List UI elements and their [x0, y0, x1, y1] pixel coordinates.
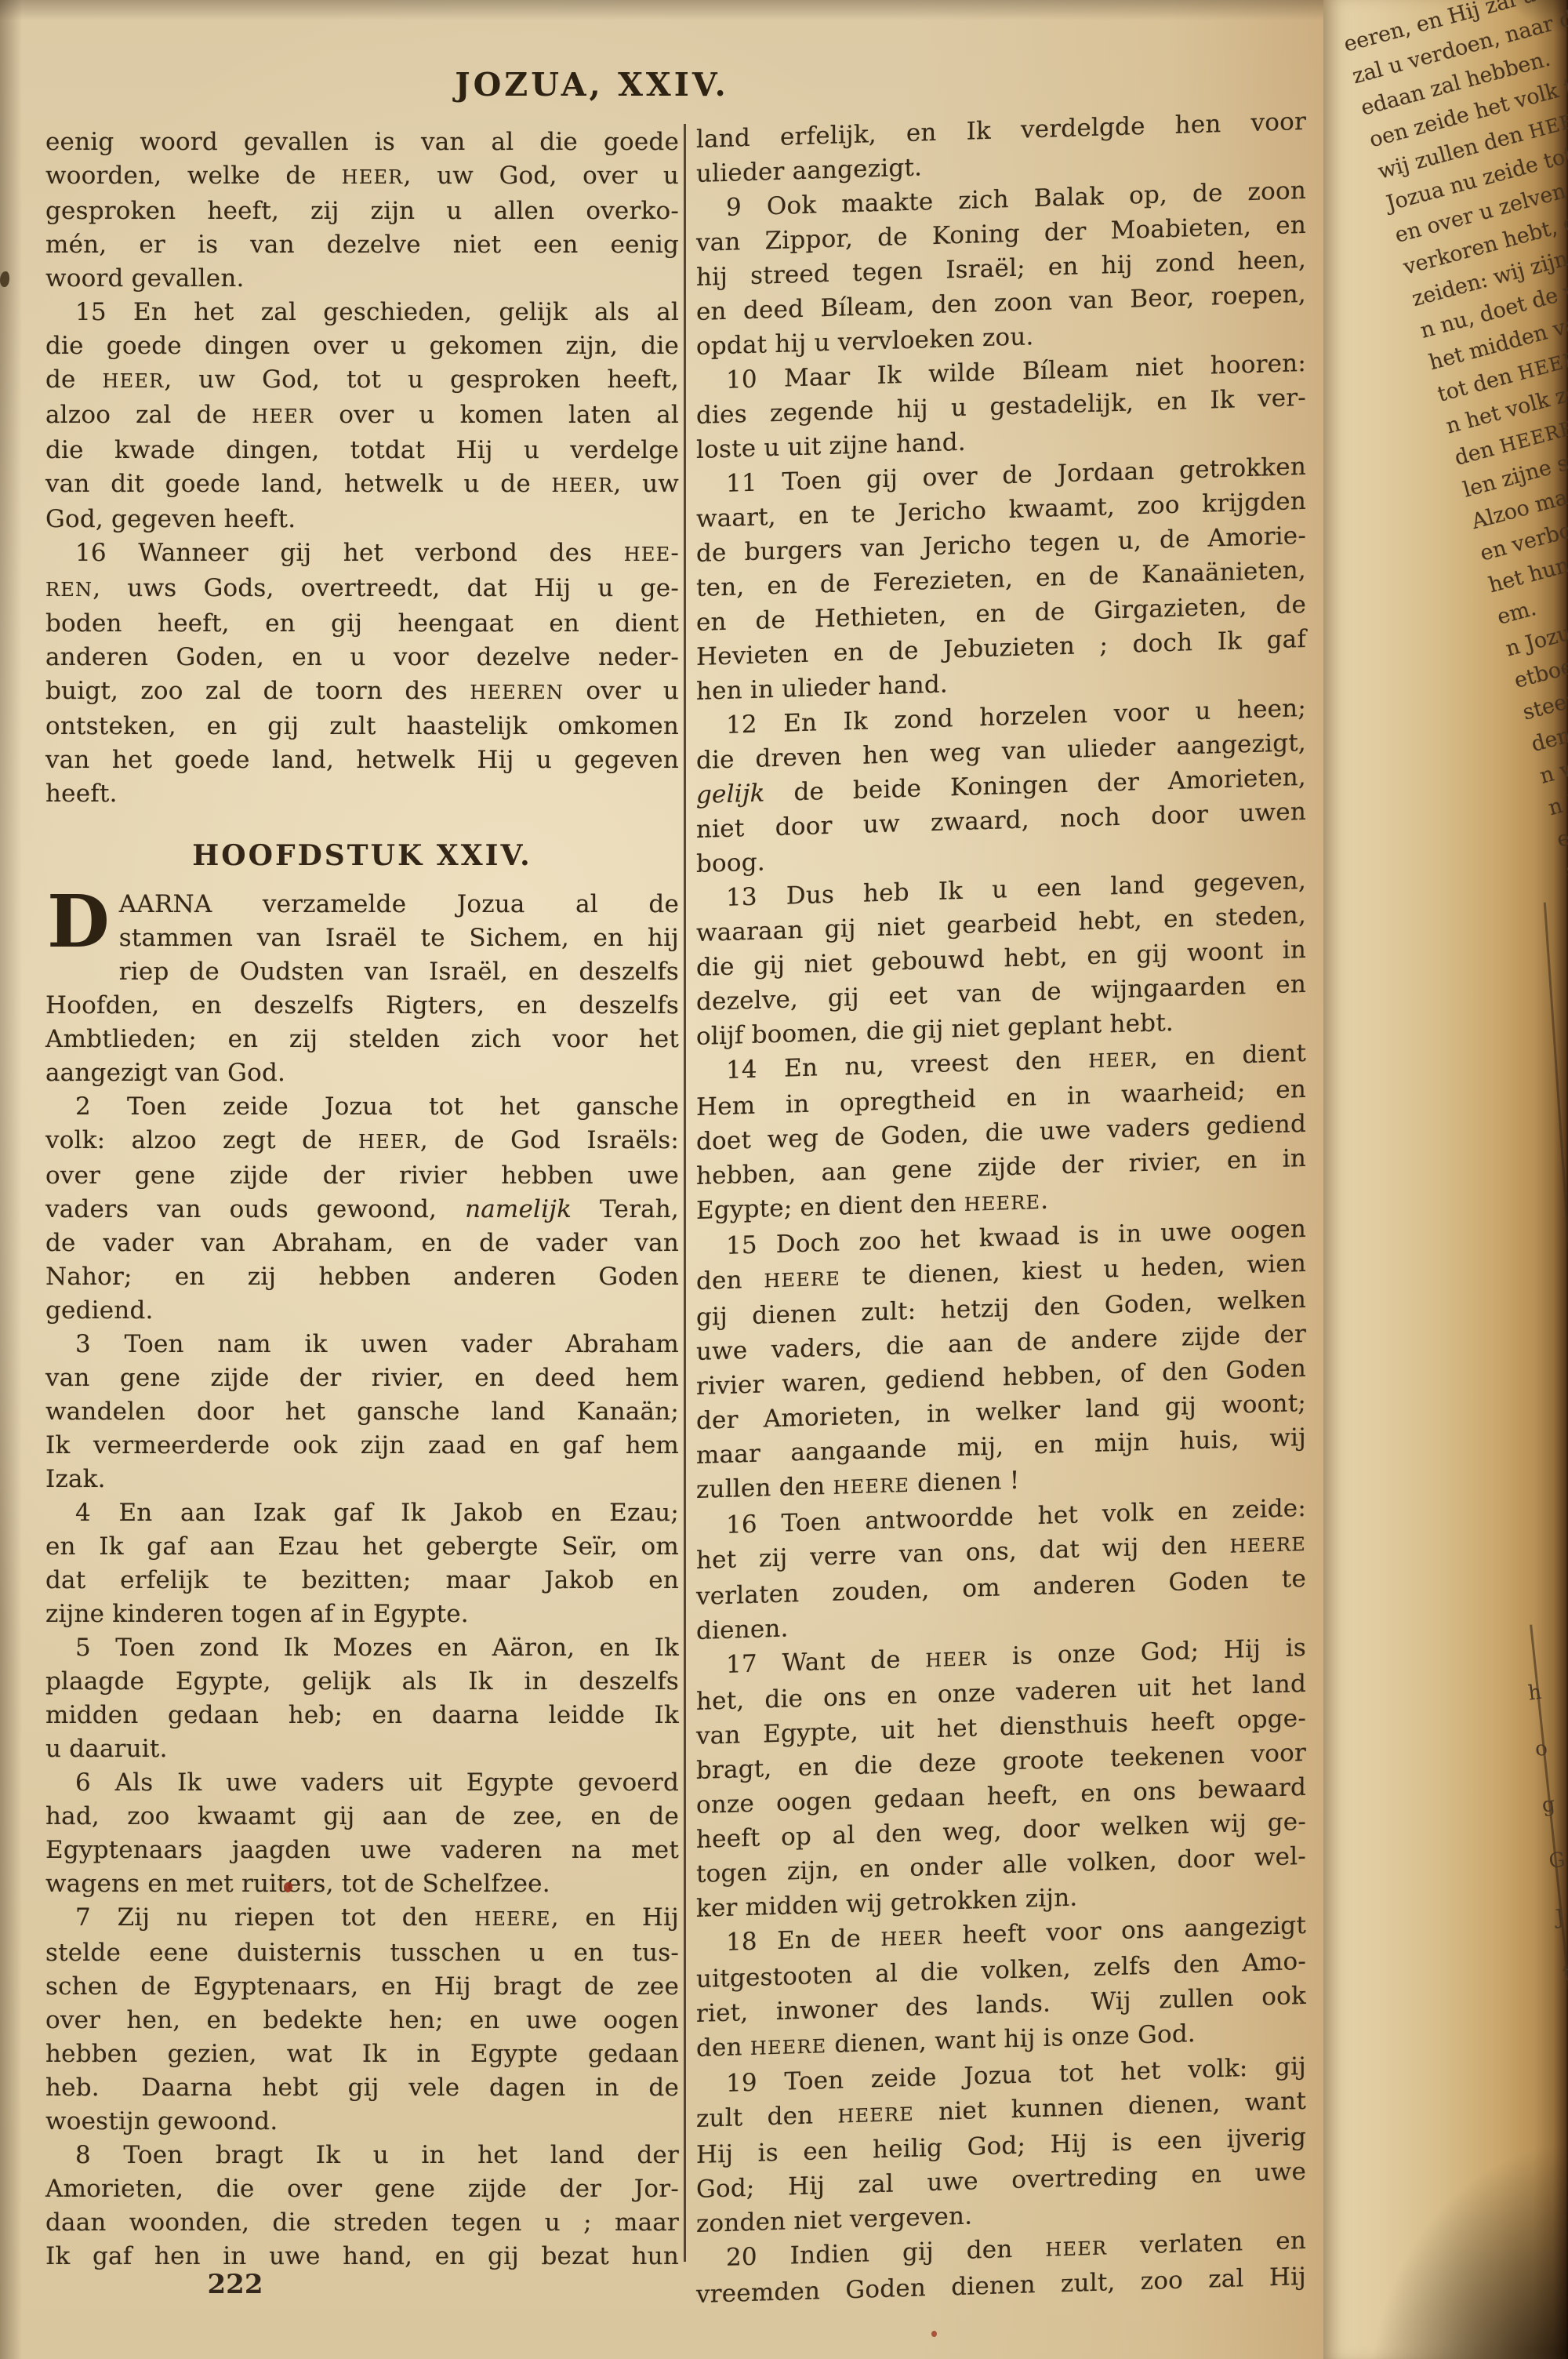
- column-divider-rule: [684, 124, 686, 2262]
- verse-paragraph: 10 Maar Ik wilde Bíleam niet hooren:dies…: [696, 346, 1306, 467]
- verse-line: Ik vermeerderde ook zijn zaad en gaf hem: [45, 1429, 679, 1463]
- verse-line: REN, uws Gods, overtreedt, dat Hij u ge-: [45, 572, 679, 607]
- verse-line: aangezigt van God.: [45, 1056, 679, 1090]
- verse-line: mén, er is van dezelve niet een eenig: [45, 228, 679, 262]
- verse-line: Ik gaf hen in uwe hand, en gij bezat hun: [45, 2240, 679, 2274]
- verse-line: daan woonden, die streden tegen u ; maar: [45, 2206, 679, 2240]
- left-column: eenig woord gevallen is van al die goede…: [45, 125, 679, 2274]
- verse-line: schen de Egyptenaars, en Hij bragt de ze…: [45, 1970, 679, 2004]
- verse-line: ontsteken, en gij zult haastelijk omkome…: [45, 710, 679, 743]
- verse-paragraph: 13 Dus heb Ik u een land gegeven,waaraan…: [696, 863, 1306, 1054]
- verse-paragraph: 14 En nu, vreest den HEER, en dientHem i…: [696, 1036, 1306, 1230]
- sliver-letter: o: [1532, 1719, 1563, 1778]
- verse-paragraph: 3 Toen nam ik uwen vader Abrahamvan gene…: [45, 1328, 679, 1496]
- verse-line: woord gevallen.: [45, 262, 679, 296]
- verse-line: alzoo zal de HEER over u komen laten al: [45, 398, 679, 434]
- verse-paragraph: 12 En Ik zond horzelen voor u heen;die d…: [696, 691, 1306, 881]
- verse-line: over gene zijde der rivier hebben uwe: [45, 1159, 679, 1193]
- verse-line: van het goede land, hetwelk Hij u gegeve…: [45, 743, 679, 777]
- sliver-letter: J: [1552, 1887, 1568, 1946]
- verse-line: 3 Toen nam ik uwen vader Abraham: [45, 1328, 679, 1361]
- verse-line: over hen, en bedekte hen; en uwe oogen: [45, 2004, 679, 2037]
- verse-line: AARNA verzamelde Jozua al de: [45, 888, 679, 921]
- book-photo: JOZUA, XXIV. eenig woord gevallen is van…: [0, 0, 1568, 2359]
- verse-paragraph: DAARNA verzamelde Jozua al destammen van…: [45, 888, 679, 1090]
- verse-line: die goede dingen over u gekomen zijn, di…: [45, 329, 679, 363]
- page-main: JOZUA, XXIV. eenig woord gevallen is van…: [0, 0, 1329, 2359]
- verse-line: volk: alzoo zegt de HEER, de God Israëls…: [45, 1124, 679, 1159]
- verse-line: van gene zijde der rivier, en deed hem: [45, 1361, 679, 1395]
- verse-paragraph: 15 En het zal geschieden, gelijk als ald…: [45, 296, 679, 536]
- verse-line: hebben gezien, wat Ik in Egypte gedaan: [45, 2037, 679, 2071]
- verse-line: Izak.: [45, 1463, 679, 1496]
- next-page-edge: eeren, en Hij zal u kwazal u verdoen, na…: [1323, 0, 1568, 2359]
- verse-line: die kwade dingen, totdat Hij u verdelge: [45, 434, 679, 467]
- sliver-letter: g: [1539, 1775, 1568, 1834]
- verse-line: dat erfelijk te bezitten; maar Jakob en: [45, 1564, 679, 1598]
- verse-line: 16 Wanneer gij het verbond des HEE-: [45, 536, 679, 572]
- verse-line: 5 Toen zond Ik Mozes en Aäron, en Ik: [45, 1631, 679, 1665]
- verse-paragraph: 9 Ook maakte zich Balak op, de zoonvan Z…: [696, 173, 1306, 364]
- verse-line: Egyptenaars jaagden uwe vaderen na met: [45, 1834, 679, 1867]
- verse-paragraph: 4 En aan Izak gaf Ik Jakob en Ezau;en Ik…: [45, 1496, 679, 1631]
- page-number-left: 222: [198, 2269, 272, 2300]
- verse-paragraph: 17 Want de HEER is onze God; Hij ishet, …: [696, 1630, 1306, 1926]
- verse-paragraph: 16 Wanneer gij het verbond des HEE-REN, …: [45, 536, 679, 811]
- verse-line: vaders van ouds gewoond, namelijk Terah,: [45, 1193, 679, 1227]
- next-page-curled-content: eeren, en Hij zal u kwazal u verdoen, na…: [1323, 0, 1568, 2138]
- verse-paragraph: 2 Toen zeide Jozua tot het ganschevolk: …: [45, 1090, 679, 1328]
- verse-line: van dit goede land, hetwelk u de HEER, u…: [45, 467, 679, 503]
- dropcap-letter: D: [47, 890, 110, 956]
- verse-line: plaagde Egypte, gelijk als Ik in deszelf…: [45, 1665, 679, 1699]
- verse-paragraph: 8 Toen bragt Ik u in het land derAmoriet…: [45, 2139, 679, 2274]
- verse-paragraph: 15 Doch zoo het kwaad is in uwe oogenden…: [696, 1212, 1306, 1509]
- verse-line: God, gegeven heeft.: [45, 503, 679, 536]
- verse-line: zijne kinderen togen af in Egypte.: [45, 1598, 679, 1631]
- verse-line: de HEER, uw God, tot u gesproken heeft,: [45, 363, 679, 398]
- verse-line: 4 En aan Izak gaf Ik Jakob en Ezau;: [45, 1496, 679, 1530]
- sliver-letter: G: [1545, 1831, 1568, 1890]
- far-column-rule: [1544, 903, 1568, 1357]
- verse-line: riep de Oudsten van Israël, en deszelfs: [45, 955, 679, 989]
- verse-line: 6 Als Ik uwe vaders uit Egypte gevoerd: [45, 1766, 679, 1800]
- verse-line: gediend.: [45, 1294, 679, 1328]
- verse-line: Hoofden, en deszelfs Rigters, en deszelf…: [45, 989, 679, 1023]
- verse-line: 7 Zij nu riepen tot den HEERE, en Hij: [45, 1901, 679, 1936]
- verse-paragraph: 16 Toen antwoordde het volk en zeide:het…: [696, 1491, 1306, 1648]
- far-column-sliver: hogGJtehz: [1525, 1663, 1568, 2114]
- verse-line: Ambtlieden; en zij stelden zich voor het: [45, 1023, 679, 1056]
- verse-line: stammen van Israël te Sichem, en hij: [45, 921, 679, 955]
- right-column: land erfelijk, en Ik verdelgde hen vooru…: [696, 104, 1306, 2312]
- verse-line: 15 En het zal geschieden, gelijk als al: [45, 296, 679, 329]
- verse-line: u daaruit.: [45, 1732, 679, 1766]
- running-head: JOZUA, XXIV.: [439, 66, 745, 104]
- verse-line: heeft.: [45, 777, 679, 811]
- next-page-top-text: eeren, en Hij zal u kwazal u verdoen, na…: [1323, 0, 1568, 958]
- verse-line: midden gedaan heb; en daarna leidde Ik: [45, 1699, 679, 1732]
- verse-line: 2 Toen zeide Jozua tot het gansche: [45, 1090, 679, 1124]
- verse-line: heb. Daarna hebt gij vele dagen in de: [45, 2071, 679, 2105]
- verse-paragraph: 11 Toen gij over de Jordaan getrokkenwaa…: [696, 449, 1306, 709]
- verse-line: woestijn gewoond.: [45, 2105, 679, 2139]
- verse-line: stelde eene duisternis tusschen u en tus…: [45, 1936, 679, 1970]
- verse-line: Nahor; en zij hebben anderen Goden: [45, 1260, 679, 1294]
- sliver-letter: te: [1559, 1943, 1568, 2002]
- verse-paragraph: 7 Zij nu riepen tot den HEERE, en Hijste…: [45, 1901, 679, 2139]
- verse-line: wagens en met ruiters, tot de Schelfzee.: [45, 1867, 679, 1901]
- verse-paragraph: eenig woord gevallen is van al die goede…: [45, 125, 679, 296]
- verse-line: buigt, zoo zal de toorn des HEEREN over …: [45, 674, 679, 710]
- sliver-letter: h: [1525, 1663, 1555, 1721]
- verse-line: de vader van Abraham, en de vader van: [45, 1227, 679, 1260]
- ink-stain: [0, 271, 9, 287]
- verse-line: had, zoo kwaamt gij aan de zee, en de: [45, 1800, 679, 1834]
- verse-line: Amorieten, die over gene zijde der Jor-: [45, 2172, 679, 2206]
- verse-line: en Ik gaf aan Ezau het gebergte Seïr, om: [45, 1530, 679, 1564]
- verse-paragraph: 5 Toen zond Ik Mozes en Aäron, en Ikplaa…: [45, 1631, 679, 1766]
- verse-line: anderen Goden, en u voor dezelve neder-: [45, 641, 679, 674]
- red-stain: [931, 2331, 937, 2337]
- verse-paragraph: 18 En de HEER heeft voor ons aangezigtui…: [696, 1908, 1306, 2067]
- chapter-heading: HOOFDSTUK XXIV.: [45, 839, 679, 872]
- verse-line: woorden, welke de HEER, uw God, over u: [45, 159, 679, 194]
- verse-line: eenig woord gevallen is van al die goede: [45, 125, 679, 159]
- verse-line: wandelen door het gansche land Kanaän;: [45, 1395, 679, 1429]
- verse-line: 8 Toen bragt Ik u in het land der: [45, 2139, 679, 2172]
- verse-paragraph: 19 Toen zeide Jozua tot het volk: gijzul…: [696, 2049, 1306, 2241]
- verse-line: gesproken heeft, zij zijn u allen overko…: [45, 194, 679, 228]
- verse-line: boden heeft, en gij heengaat en dient: [45, 607, 679, 641]
- verse-paragraph: 6 Als Ik uwe vaders uit Egypte gevoerdha…: [45, 1766, 679, 1901]
